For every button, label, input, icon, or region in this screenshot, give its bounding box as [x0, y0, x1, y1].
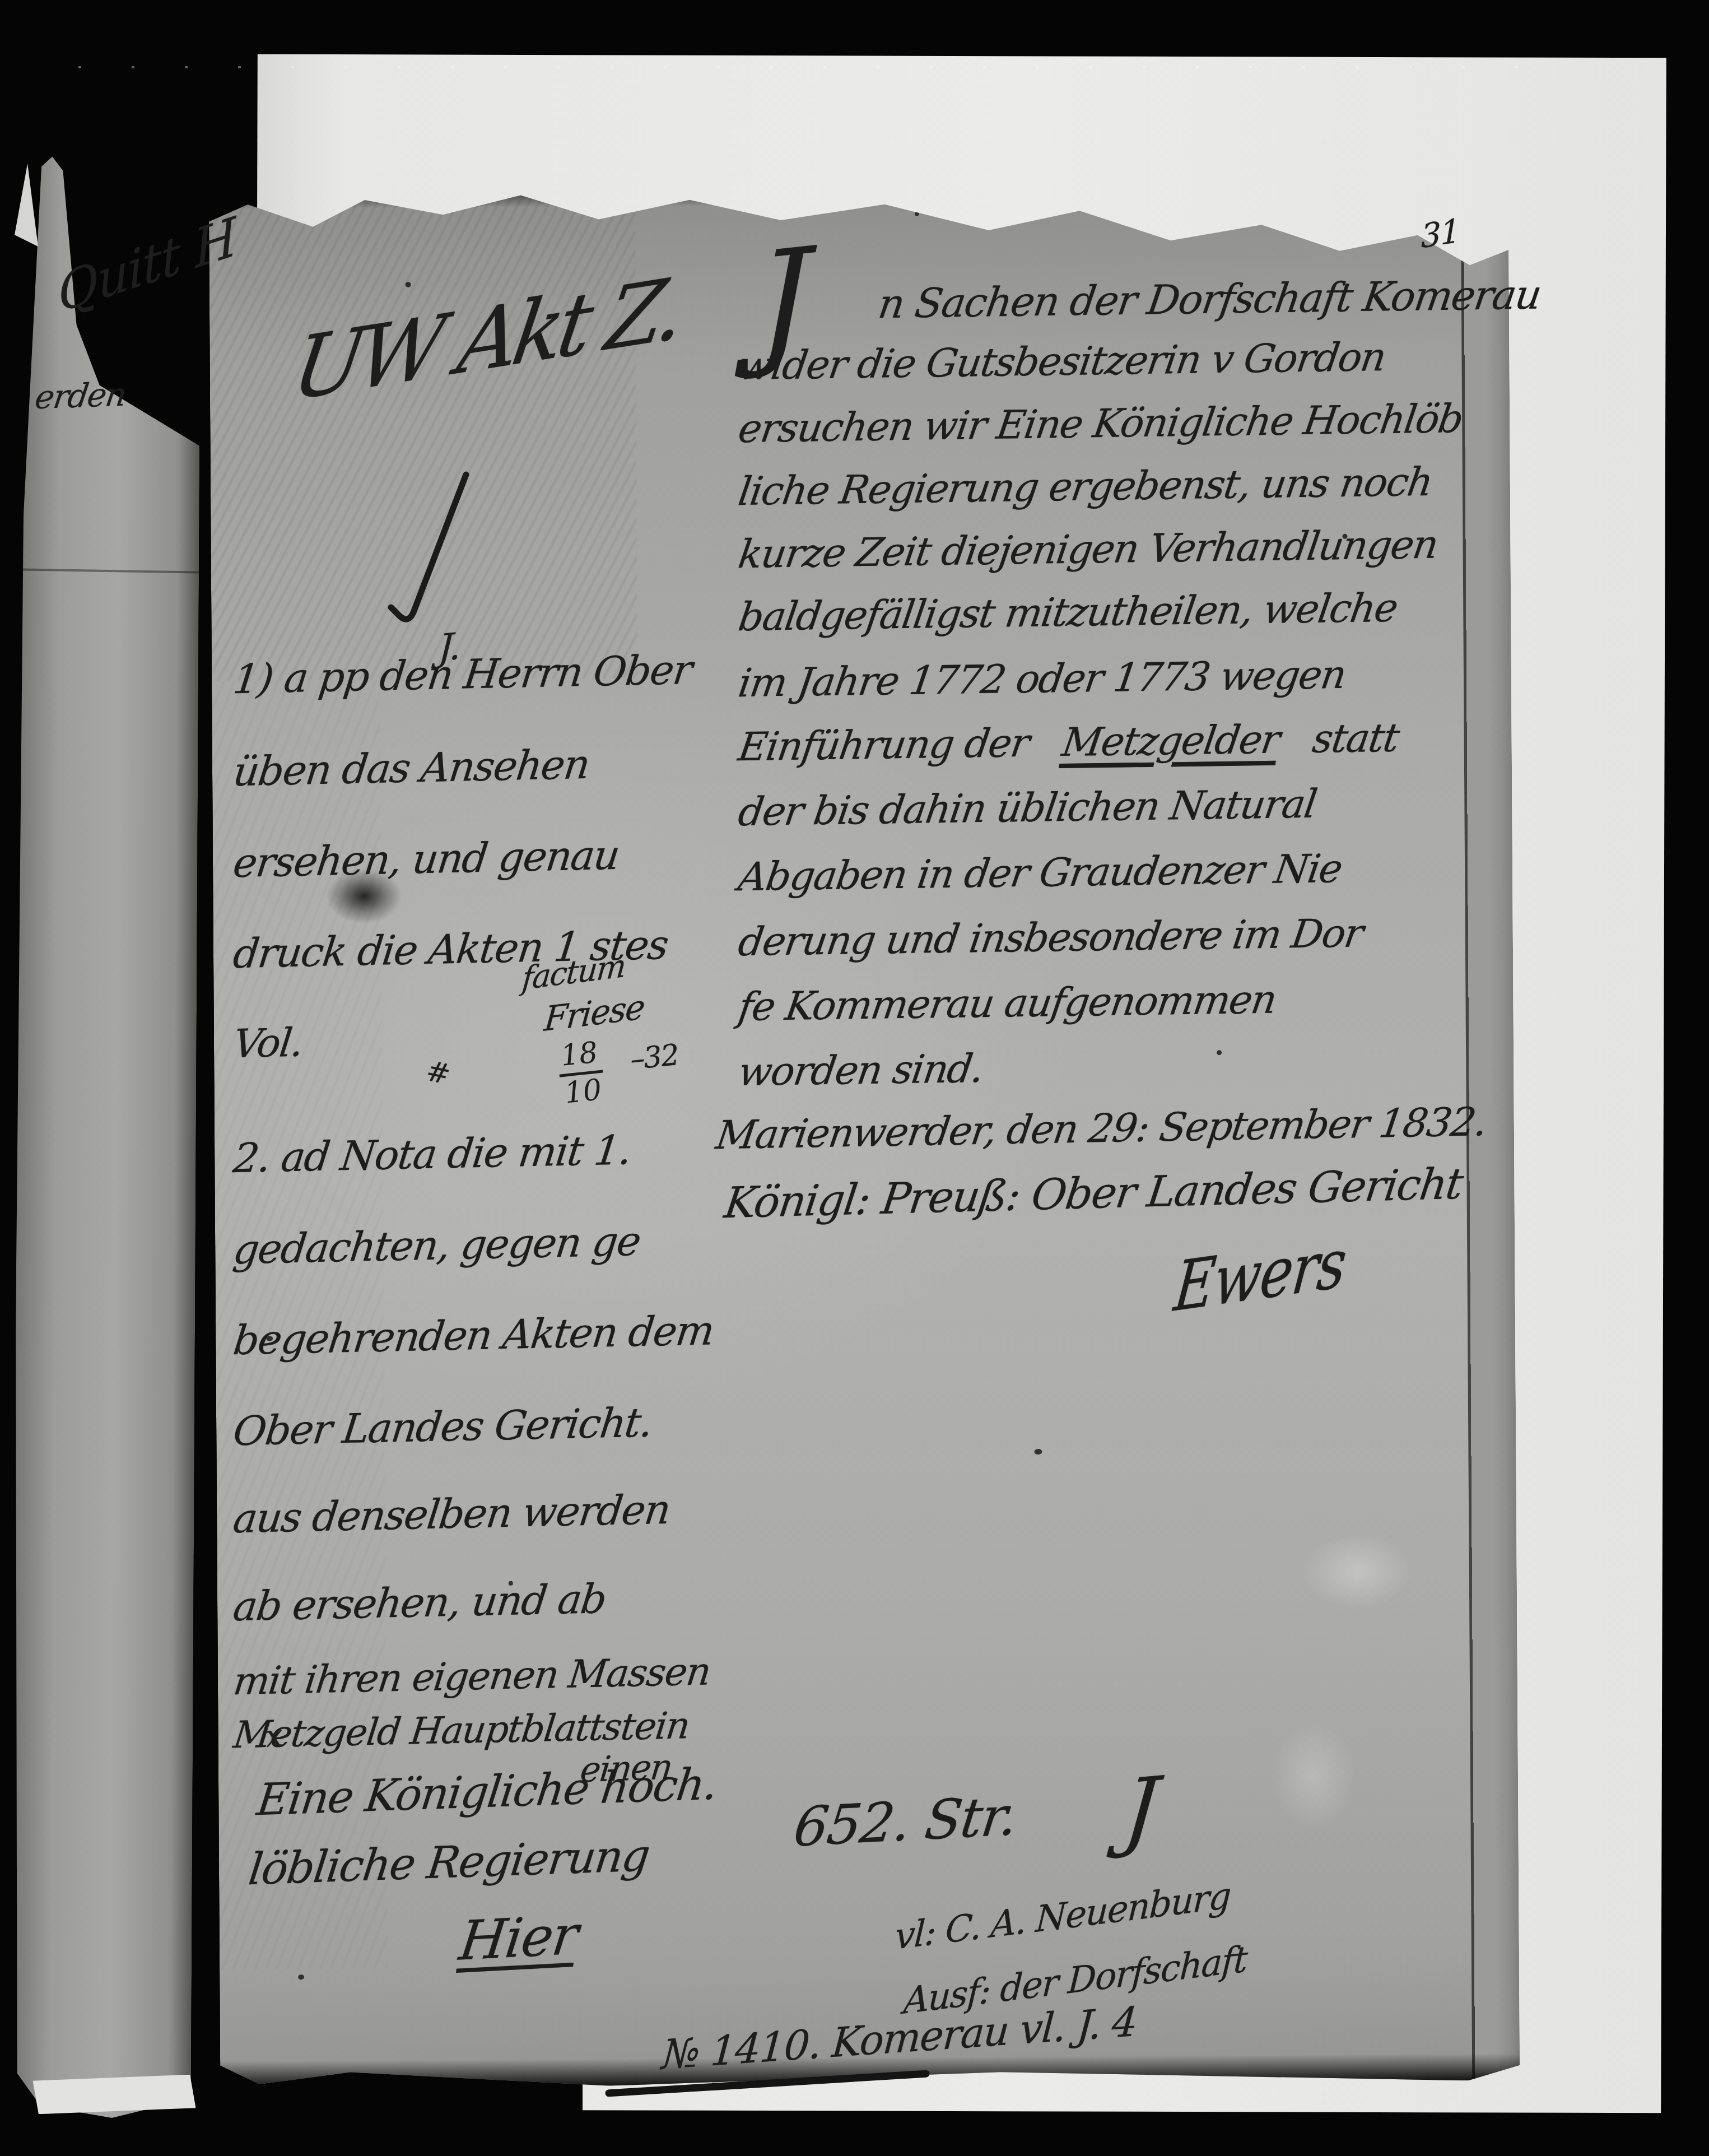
letter-line-pre: Einführung der	[735, 720, 1032, 770]
scanned-archive-photo: { "colors": { "background": "#050505", "…	[0, 0, 1709, 2156]
ink-speck	[406, 282, 411, 287]
ink-speck	[1217, 1050, 1222, 1055]
letter-line: baldgefälligst mitzutheilen, welche	[735, 585, 1400, 640]
paper-stain	[1254, 1699, 1373, 1851]
letter-line-metzgelder: Einführung der Metzgelder statt	[735, 715, 1401, 770]
letter-line: der bis dahin üblichen Natural	[735, 781, 1319, 835]
entry1-line: 1) a pp den Herrn Ober	[231, 646, 694, 703]
ink-speck	[1034, 1449, 1042, 1455]
entry2-line: Ober Landes Gericht.	[231, 1398, 655, 1455]
letter-line: liche Regierung ergebenst, uns noch	[735, 459, 1435, 514]
spine-marginalia-line: erden	[32, 375, 128, 416]
entry1-line: ersehen, und genau	[231, 831, 622, 887]
film-speckle-row	[78, 66, 1546, 68]
letter-line: derung und insbesondere im Dor	[735, 910, 1366, 965]
letter-line: kurze Zeit diejenigen Verhandlungen	[735, 522, 1440, 578]
date-fraction-numerator: 18	[556, 1035, 603, 1077]
date-fraction-year: –32	[628, 1038, 680, 1077]
letter-line: wider die Gutsbesitzerin v Gordon	[735, 334, 1388, 389]
left-edge-wedge	[15, 164, 38, 247]
letter-line: im Jahre 1772 oder 1773 wegen	[735, 652, 1348, 706]
entry2-line: gedachten, gegen ge	[231, 1218, 642, 1273]
letter-line: Abgaben in der Graudenzer Nie	[735, 845, 1344, 900]
letter-line: n Sachen der Dorfschaft Komerau	[876, 271, 1544, 328]
entry1-line: üben das Ansehen	[231, 741, 592, 796]
metzgelder-underlined-word: Metzgelder	[1059, 717, 1282, 766]
x-mark: x	[264, 1718, 283, 1754]
spine-crease-line	[20, 569, 199, 574]
entry2-line: 2. ad Nota die mit 1.	[231, 1126, 634, 1182]
page-number: 31	[1421, 211, 1460, 256]
check-mark-icon	[381, 468, 476, 642]
letter-line-post: statt	[1310, 715, 1401, 762]
case-number: 652. Str.	[790, 1784, 1020, 1859]
letter-line: fe Kommerau aufgenommen	[735, 977, 1279, 1030]
date-fraction: 18 10	[556, 1035, 607, 1110]
entry2-line: aus denselben werden	[231, 1486, 672, 1542]
entry2-line: ab ersehen, und ab	[231, 1575, 608, 1630]
date-fraction-denominator: 10	[563, 1073, 603, 1110]
letter-line: worden sind.	[735, 1046, 986, 1095]
paper-stain	[1281, 1520, 1433, 1624]
address-city: Hier	[456, 1903, 581, 1973]
ink-speck	[298, 1974, 304, 1980]
entry1-line: Vol.	[231, 1019, 305, 1067]
